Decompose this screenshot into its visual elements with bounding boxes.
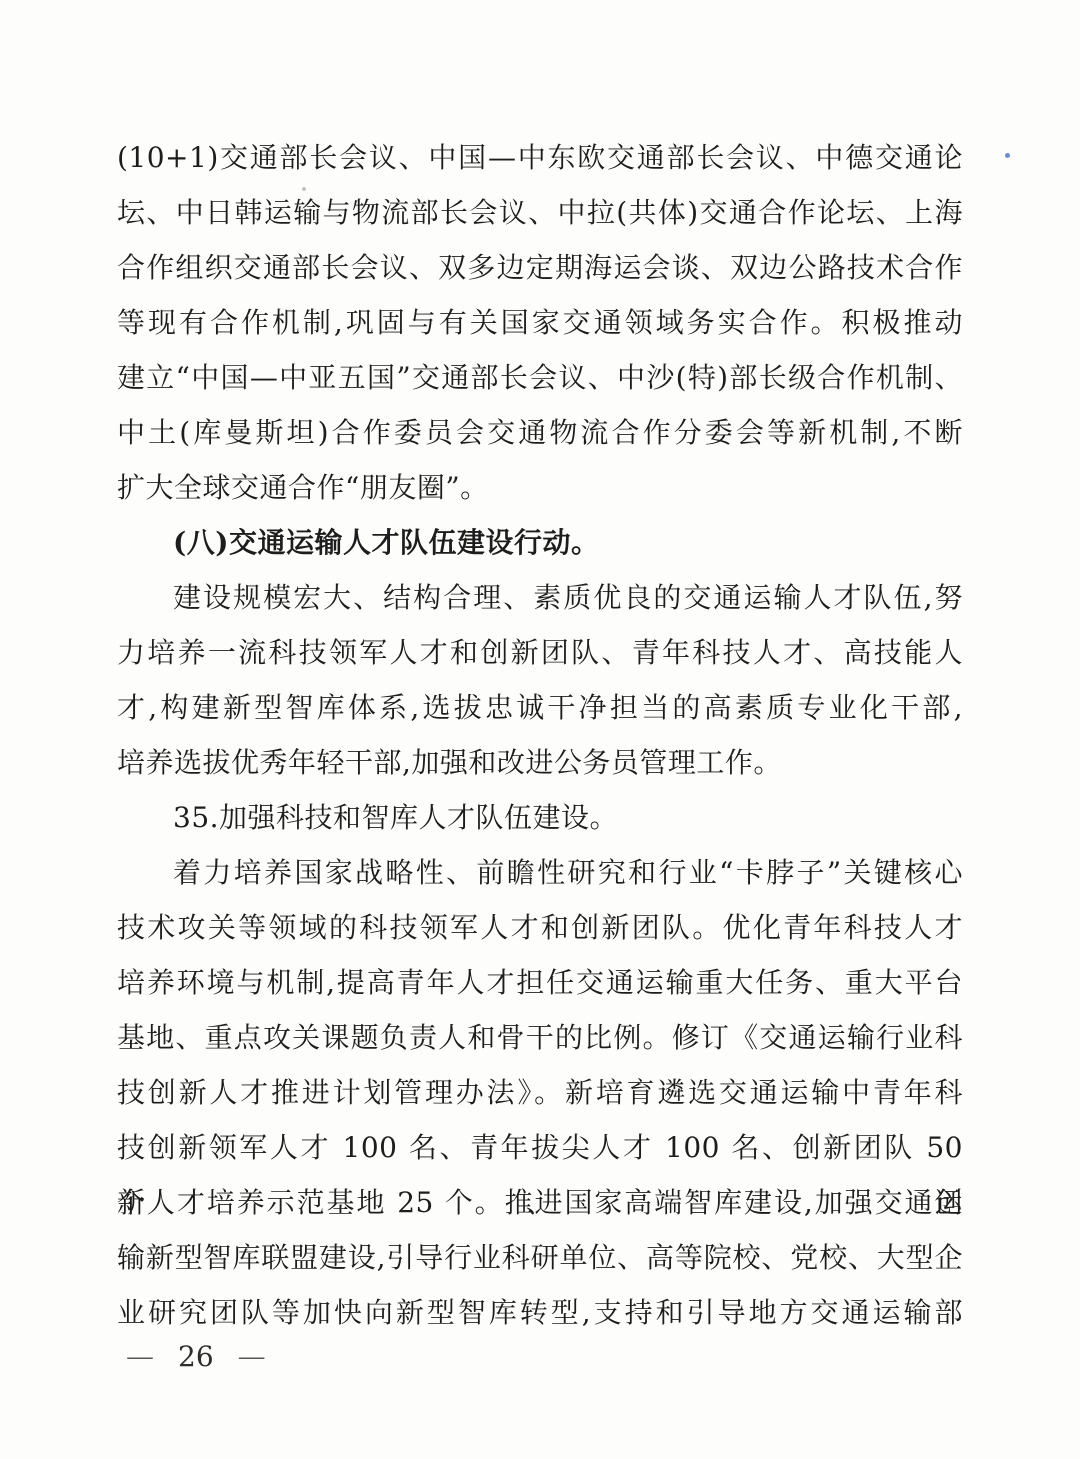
text-line: 培养环境与机制,提高青年人才担任交通运输重大任务、重大平台 bbox=[117, 955, 963, 1010]
text-line: 合作组织交通部长会议、双多边定期海运会谈、双边公路技术合作 bbox=[117, 240, 963, 295]
text-line: 35.加强科技和智库人才队伍建设。 bbox=[117, 790, 963, 845]
text-line: 输新型智库联盟建设,引导行业科研单位、高等院校、党校、大型企 bbox=[117, 1230, 963, 1285]
document-page: (10+1)交通部长会议、中国—中东欧交通部长会议、中德交通论坛、中日韩运输与物… bbox=[0, 0, 1080, 1459]
text-line: 才,构建新型智库体系,选拔忠诚干净担当的高素质专业化干部, bbox=[117, 680, 963, 735]
scan-speck bbox=[365, 487, 368, 490]
page-number: 26 bbox=[178, 1340, 214, 1373]
text-line: 等现有合作机制,巩固与有关国家交通领域务实合作。积极推动 bbox=[117, 295, 963, 350]
text-line: 基地、重点攻关课题负责人和骨干的比例。修订《交通运输行业科 bbox=[117, 1010, 963, 1065]
text-line: 建立“中国—中亚五国”交通部长会议、中沙(特)部长级合作机制、 bbox=[117, 350, 963, 405]
text-line: 着力培养国家战略性、前瞻性研究和行业“卡脖子”关键核心 bbox=[117, 845, 963, 900]
text-line: (八)交通运输人才队伍建设行动。 bbox=[117, 515, 963, 570]
page-footer: — 26 — bbox=[126, 1334, 266, 1378]
text-line: 中土(库曼斯坦)合作委员会交通物流合作分委会等新机制,不断 bbox=[117, 405, 963, 460]
scan-speck bbox=[1005, 153, 1010, 158]
text-line: 培养选拔优秀年轻干部,加强和改进公务员管理工作。 bbox=[117, 735, 963, 790]
footer-dash-left: — bbox=[126, 1343, 154, 1369]
text-line: 力培养一流科技领军人才和创新团队、青年科技人才、高技能人 bbox=[117, 625, 963, 680]
body-text: (10+1)交通部长会议、中国—中东欧交通部长会议、中德交通论坛、中日韩运输与物… bbox=[117, 130, 963, 1340]
scan-speck bbox=[302, 187, 306, 191]
text-line: 技创新领军人才 100 名、青年拔尖人才 100 名、创新团队 50 个、创 bbox=[117, 1120, 963, 1175]
text-line: 技术攻关等领域的科技领军人才和创新团队。优化青年科技人才 bbox=[117, 900, 963, 955]
text-line: 坛、中日韩运输与物流部长会议、中拉(共体)交通合作论坛、上海 bbox=[117, 185, 963, 240]
text-line: (10+1)交通部长会议、中国—中东欧交通部长会议、中德交通论 bbox=[117, 130, 963, 185]
text-line: 业研究团队等加快向新型智库转型,支持和引导地方交通运输部 bbox=[117, 1285, 963, 1340]
text-line: 建设规模宏大、结构合理、素质优良的交通运输人才队伍,努 bbox=[117, 570, 963, 625]
text-line: 新人才培养示范基地 25 个。推进国家高端智库建设,加强交通运 bbox=[117, 1175, 963, 1230]
text-line: 扩大全球交通合作“朋友圈”。 bbox=[117, 460, 963, 515]
text-line: 技创新人才推进计划管理办法》。新培育遴选交通运输中青年科 bbox=[117, 1065, 963, 1120]
footer-dash-right: — bbox=[238, 1343, 266, 1369]
